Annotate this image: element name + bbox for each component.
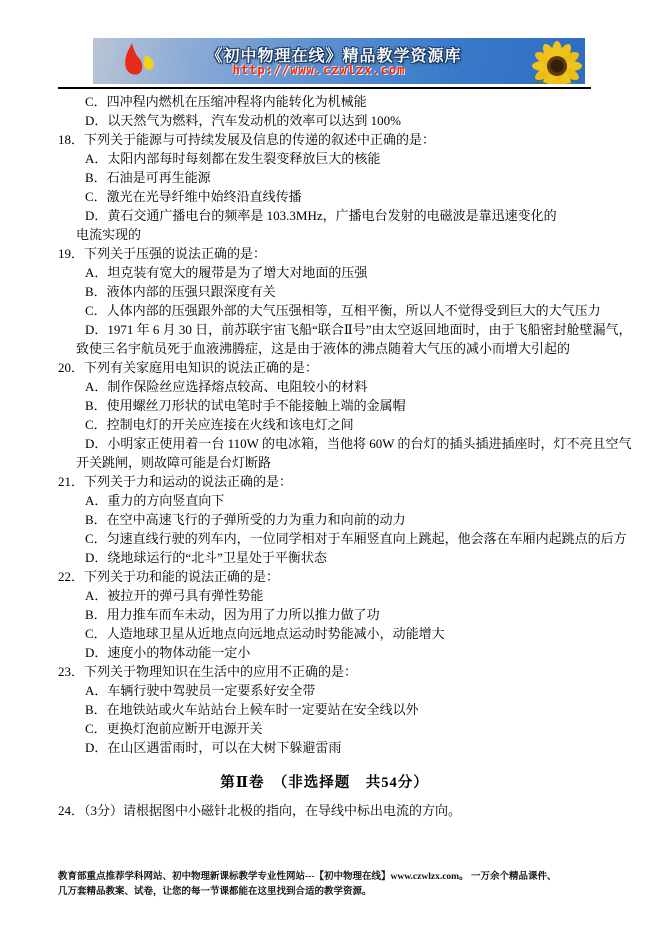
banner-url: http://www.czwlzx.com (93, 63, 545, 77)
text-line: A．制作保险丝应选择熔点较高、电阻较小的材料 (58, 377, 591, 396)
text-line: B．石油是可再生能源 (58, 168, 591, 187)
text-line: 致使三名宇航员死于血液沸腾症，这是由于液体的沸点随着大气压的减小而增大引起的 (58, 339, 591, 358)
question-24: 24．（3分）请根据图中小磁针北极的指向，在导线中标出电流的方向。 (58, 801, 591, 820)
text-line: B．液体内部的压强只跟深度有关 (58, 282, 591, 301)
question-line: 20．下列有关家庭用电知识的说法正确的是： (58, 358, 591, 377)
text-line: B．在空中高速飞行的子弹所受的力为重力和向前的动力 (58, 510, 591, 529)
text-line: D．绕地球运行的“北斗”卫星处于平衡状态 (58, 548, 591, 567)
text-line: B．使用螺丝刀形状的试电笔时手不能接触上端的金属帽 (58, 396, 591, 415)
text-line: D．速度小的物体动能一定小 (58, 643, 591, 662)
footer-line-2: 几万套精品教案、试卷，让您的每一节课都能在这里找到合适的教学资源。 (58, 885, 591, 900)
text-line: A．重力的方向竖直向下 (58, 491, 591, 510)
document-page: 《初中物理在线》精品教学资源库 http://www.czwlzx.com (0, 0, 591, 900)
text-line: D．小明家正使用着一台 110W 的电冰箱，当他将 60W 的台灯的插头插进插座… (58, 434, 591, 453)
sunflower-icon (527, 40, 585, 84)
section-heading: 第Ⅱ卷 （非选择题 共54分） (58, 771, 591, 792)
text-line: 开关跳闸，则故障可能是台灯断路 (58, 453, 591, 472)
question-lines: C．四冲程内燃机在压缩冲程将内能转化为机械能D．以天然气为燃料，汽车发动机的效率… (58, 92, 591, 757)
text-line: A．坦克装有宽大的履带是为了增大对地面的压强 (58, 263, 591, 282)
text-line: C．控制电灯的开关应连接在火线和该电灯之间 (58, 415, 591, 434)
text-line: A．被拉开的弹弓具有弹性势能 (58, 586, 591, 605)
site-banner: 《初中物理在线》精品教学资源库 http://www.czwlzx.com (93, 38, 585, 84)
text-line: B．在地铁站或火车站站台上候车时一定要站在安全线以外 (58, 700, 591, 719)
text-line: C．四冲程内燃机在压缩冲程将内能转化为机械能 (58, 92, 591, 111)
text-line: D．黄石交通广播电台的频率是 103.3MHz，广播电台发射的电磁波是靠迅速变化… (58, 206, 591, 225)
question-line: 23．下列关于物理知识在生活中的应用不正确的是： (58, 662, 591, 681)
footer-line-1: 教育部重点推荐学科网站、初中物理新课标教学专业性网站---【初中物理在线】www… (58, 870, 591, 885)
text-line: A．太阳内部每时每刻都在发生裂变释放巨大的核能 (58, 149, 591, 168)
footer-note: 教育部重点推荐学科网站、初中物理新课标教学专业性网站---【初中物理在线】www… (58, 870, 591, 900)
text-line: C．人造地球卫星从近地点向远地点运动时势能减小，动能增大 (58, 624, 591, 643)
text-line: 电流实现的 (58, 225, 591, 244)
question-line: 18．下列关于能源与可持续发展及信息的传递的叙述中正确的是： (58, 130, 591, 149)
question-line: 21．下列关于力和运动的说法正确的是： (58, 472, 591, 491)
text-line: A．车辆行驶中驾驶员一定要系好安全带 (58, 681, 591, 700)
text-line: C．匀速直线行驶的列车内，一位同学相对于车厢竖直向上跳起，他会落在车厢内起跳点的… (58, 529, 591, 548)
text-line: D．1971 年 6 月 30 日，前苏联宇宙飞船“联合Ⅱ号”由太空返回地面时，… (58, 320, 591, 339)
text-line: C．激光在光导纤维中始终沿直线传播 (58, 187, 591, 206)
header-divider (58, 87, 591, 89)
text-line: C．人体内部的压强跟外部的大气压强相等，互相平衡，所以人不觉得受到巨大的大气压力 (58, 301, 591, 320)
text-line: C．更换灯泡前应断开电源开关 (58, 719, 591, 738)
text-line: D．在山区遇雷雨时，可以在大树下躲避雷雨 (58, 738, 591, 757)
question-line: 19．下列关于压强的说法正确的是： (58, 244, 591, 263)
text-line: B．用力推车而车未动，因为用了力所以推力做了功 (58, 605, 591, 624)
text-line: D．以天然气为燃料，汽车发动机的效率可以达到 100% (58, 111, 591, 130)
question-line: 22．下列关于功和能的说法正确的是： (58, 567, 591, 586)
